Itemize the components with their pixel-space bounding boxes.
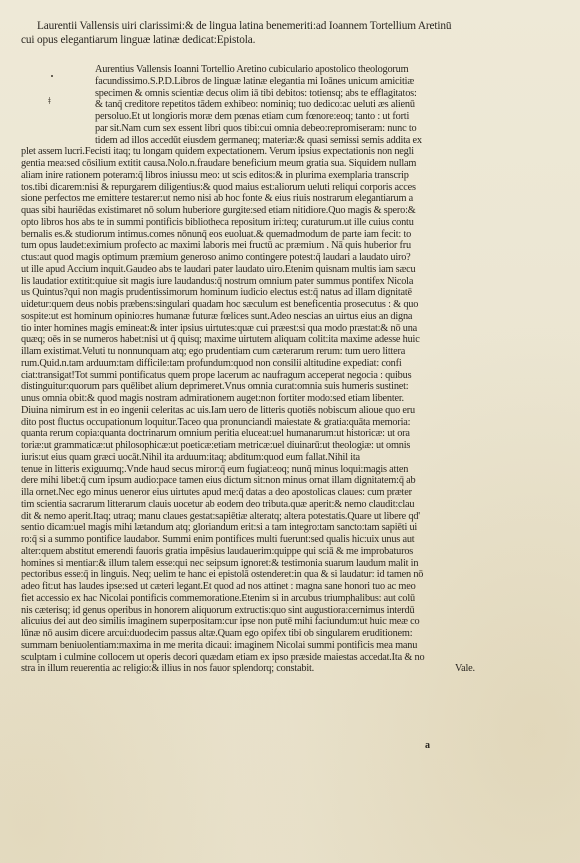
epistle-body: Aurentius Vallensis Ioanni Tortellio Are… [21, 64, 493, 675]
last-line-text: stra in illum reuerentia ac religio:& il… [21, 663, 314, 674]
text-line: tos.tibi dicarem:nisi & repurgarem dilig… [21, 182, 493, 194]
text-line: facundissimo.S.P.D.Libros de linguæ lati… [21, 76, 493, 88]
text-line: unus omnia obit:& quod magis nostram adm… [21, 393, 493, 405]
text-line: quæq; oēs in se numeros habet:nisi ut q̄… [21, 334, 493, 346]
text-line: Aurentius Vallensis Ioanni Tortellio Are… [21, 64, 493, 76]
text-line: lūnæ nō ausim dicere arcui:duodecim pass… [21, 628, 493, 640]
text-line: dito post fluctus occupationum loquitur.… [21, 417, 493, 429]
text-line: sospite:ut est hominum opinio:res humanæ… [21, 311, 493, 323]
text-line: tim scientia sacrarum litterarum clauis … [21, 499, 493, 511]
text-line: tum opus laudet:eximium profecto ac maxi… [21, 240, 493, 252]
text-line: dere mihi libet:q̄ cum ipsum audio:pace … [21, 475, 493, 487]
text-line: rum.Quid.n.tam arduum:tam difficile:tam … [21, 358, 493, 370]
text-line: tidem ad illos accedūt eiusdem germaneq;… [21, 135, 493, 147]
text-line: aliam inire rationem poteram:q̄ libros i… [21, 170, 493, 182]
text-line: specimen & omnis scientiæ decus olim iā … [21, 88, 493, 100]
text-line: alter:quem abstitut emerendi fauoris gra… [21, 546, 493, 558]
text-line: toriæ:ut grammaticæ:ut philosophicæ:ut p… [21, 440, 493, 452]
text-line: sione perfectos me emittere testarer:ut … [21, 193, 493, 205]
text-line: tenue in litteris exiguumq;.Vnde haud se… [21, 464, 493, 476]
text-line: homines si mentiar:& illum talem esse:qu… [21, 558, 493, 570]
text-line: ciat:transigat!Tot summi pontificatus qu… [21, 370, 493, 382]
text-line: us Quintus?qui non magis prudentissimoru… [21, 287, 493, 299]
manuscript-page: Laurentii Vallensis uiri clarissimi:& de… [0, 0, 580, 863]
text-line: plet assem lucri.Fecisti itaq; tu longam… [21, 146, 493, 158]
text-line: iuris:ut eius quam græci uocāt.Nihil ita… [21, 452, 493, 464]
text-line: summam beniuolentiam:maxima in me merita… [21, 640, 493, 652]
text-line: tio inter homines magis emineat:& inter … [21, 323, 493, 335]
text-line: stra in illum reuerentia ac religio:& il… [21, 663, 493, 675]
text-line: par sit.Nam cum sex essent libri quos ti… [21, 123, 493, 135]
text-line: sculptam i culmine collocem ut operis de… [21, 652, 493, 664]
text-line: illa ornet.Nec ego minus ueneror eius ui… [21, 487, 493, 499]
text-line: fiet accessio ex hac Nicolai pontificis … [21, 593, 493, 605]
text-line: alicuius dei aut deo similis imaginem su… [21, 616, 493, 628]
text-line: nis cæterisq; id genus operibus in honor… [21, 605, 493, 617]
text-line: illam existimat.Veluti tu nonnunquam atq… [21, 346, 493, 358]
text-line: dit & nemo aperit.Itaq; utraq; manu clau… [21, 511, 493, 523]
text-line: gentia mea:sed cōsilium extitit causa.No… [21, 158, 493, 170]
text-line: distinguitur:quorum pars quēlibet alium … [21, 381, 493, 393]
text-line: persoluo.Et ut longioris moræ dem pœnas … [21, 111, 493, 123]
text-line: pectoribus esse:q̄ in linguis. Neq; ueli… [21, 569, 493, 581]
heading-line-1: Laurentii Vallensis uiri clarissimi:& de… [33, 19, 493, 33]
heading-line-2: cui opus elegantiarum linguæ latinæ dedi… [21, 33, 493, 47]
epistle-heading: Laurentii Vallensis uiri clarissimi:& de… [33, 19, 493, 47]
closing-vale: Vale. [455, 663, 475, 675]
text-line: lis laudatior extitit:quiue sit magis iu… [21, 276, 493, 288]
text-line: sentio dicam:uel magis mihi lætandum atq… [21, 522, 493, 534]
text-line: ctus:aut quod magis optimum præmium gene… [21, 252, 493, 264]
text-line: quas sibi hauriēdas existimaret nō solum… [21, 205, 493, 217]
text-line: & tanq̄ creditore repetitos tādem exhibe… [21, 99, 493, 111]
text-line: opto libros hos abs te in summi pontific… [21, 217, 493, 229]
text-line: ut ille apud Accium inquit.Gaudeo abs te… [21, 264, 493, 276]
text-line: ro:q̄ si a summo pontifice laudabor. Sum… [21, 534, 493, 546]
text-line: uidetur:quem deus nobis præbens:singular… [21, 299, 493, 311]
signature-mark: a [425, 740, 430, 751]
text-line: bernalis es.& studiorum intimus.comes nō… [21, 229, 493, 241]
text-line: adeo fit:ut has laudes ipse:sed ut cæter… [21, 581, 493, 593]
text-line: quanta rerum copia:quanta doctrinarum om… [21, 428, 493, 440]
text-line: Diuina nimirum est in eo ingenii celerit… [21, 405, 493, 417]
